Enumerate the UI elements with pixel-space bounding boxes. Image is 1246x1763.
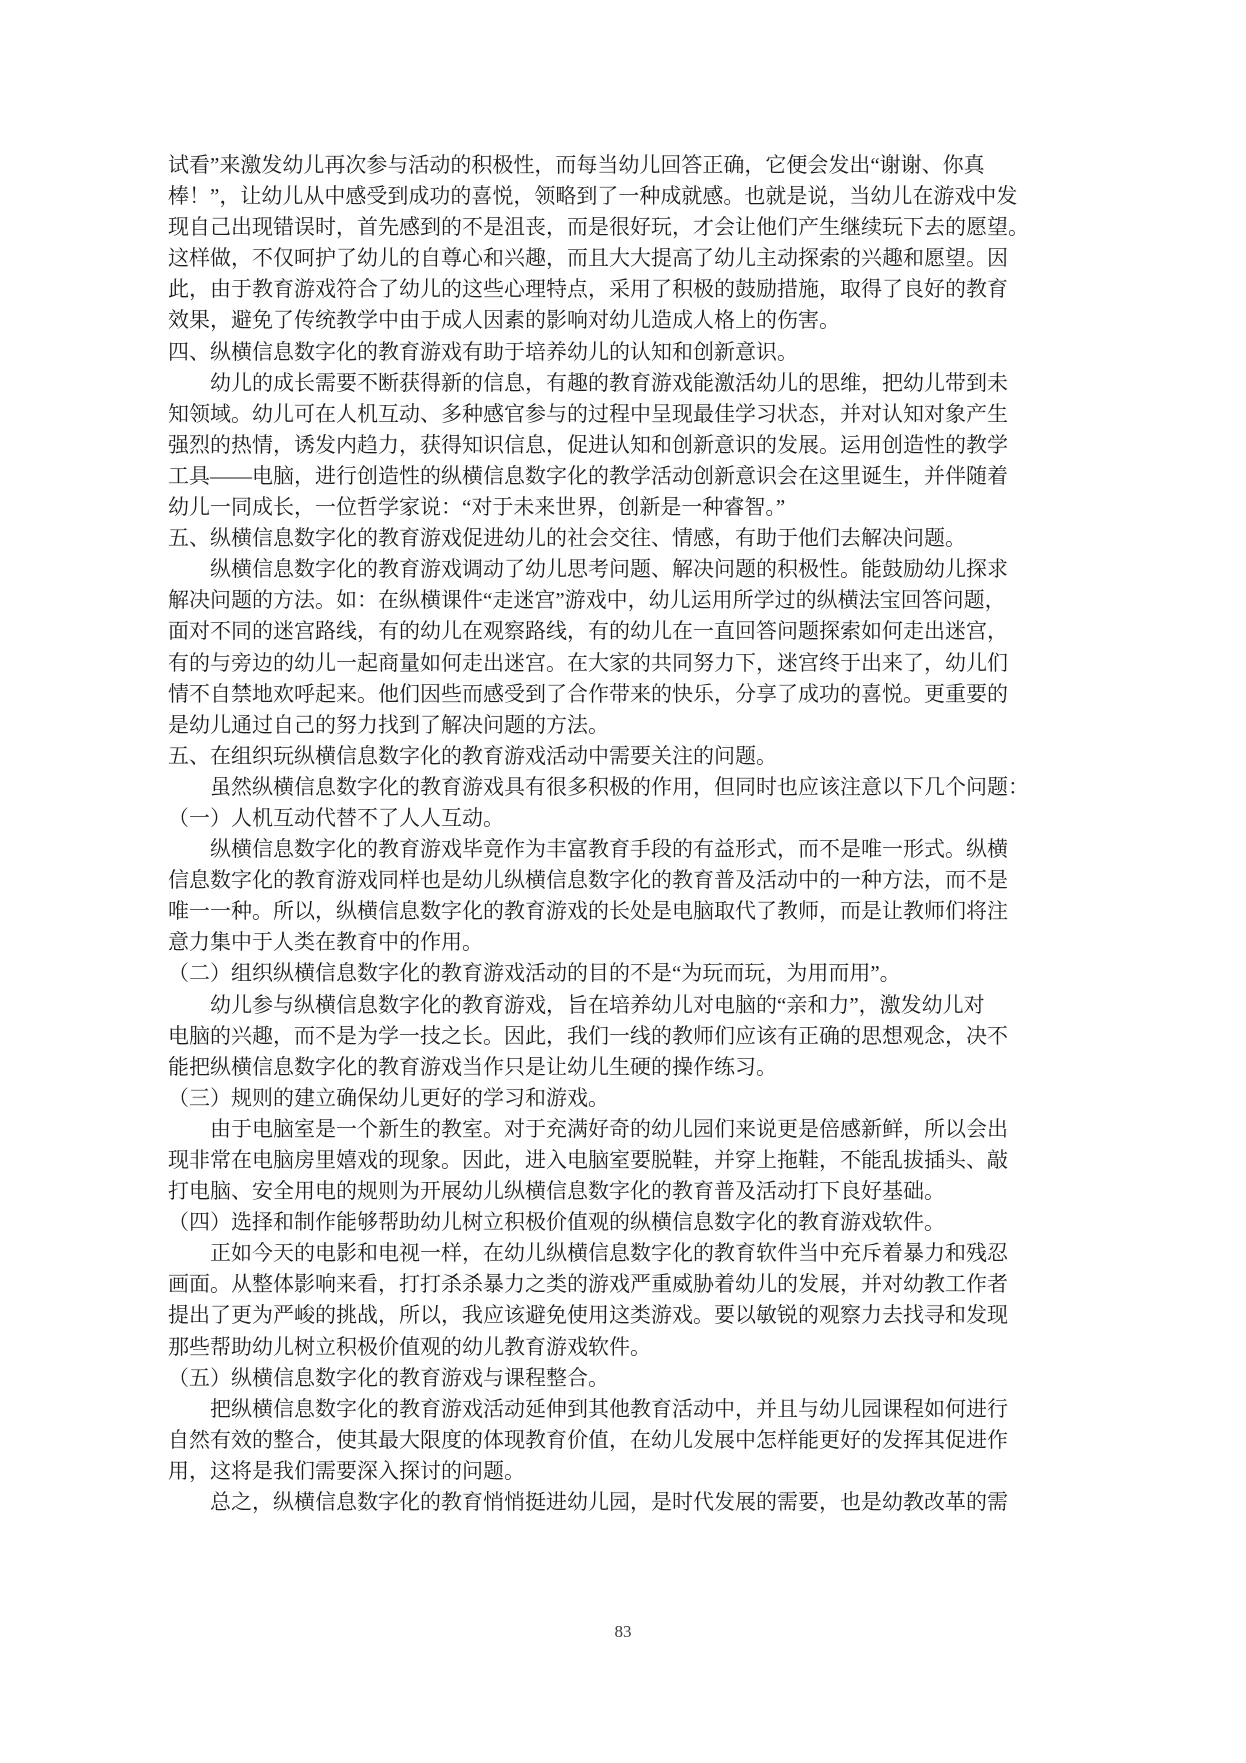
text-line: 知领域。幼儿可在人机互动、多种感官参与的过程中呈现最佳学习状态，并对认知对象产生 (168, 399, 1030, 430)
text-line: 是幼儿通过自己的努力找到了解决问题的方法。 (168, 710, 1030, 741)
text-line: 解决问题的方法。如：在纵横课件“走迷宫”游戏中，幼儿运用所学过的纵横法宝回答问题… (168, 585, 1030, 616)
text-line: 现非常在电脑房里嬉戏的现象。因此，进入电脑室要脱鞋，并穿上拖鞋，不能乱拔插头、敲 (168, 1145, 1030, 1176)
text-line: 工具——电脑，进行创造性的纵横信息数字化的教学活动创新意识会在这里诞生，并伴随着 (168, 461, 1030, 492)
text-line: 此，由于教育游戏符合了幼儿的这些心理特点，采用了积极的鼓励措施，取得了良好的教育 (168, 274, 1030, 305)
text-line: （五）纵横信息数字化的教育游戏与课程整合。 (168, 1363, 1030, 1394)
text-line: 由于电脑室是一个新生的教室。对于充满好奇的幼儿园们来说更是倍感新鲜，所以会出 (168, 1114, 1030, 1145)
text-line: 总之，纵横信息数字化的教育悄悄挺进幼儿园，是时代发展的需要，也是幼教改革的需 (168, 1487, 1030, 1518)
text-line: 有的与旁边的幼儿一起商量如何走出迷宫。在大家的共同努力下，迷宫终于出来了，幼儿们 (168, 648, 1030, 679)
text-line: 幼儿参与纵横信息数字化的教育游戏，旨在培养幼儿对电脑的“亲和力”，激发幼儿对 (168, 990, 1030, 1021)
text-line: 自然有效的整合，使其最大限度的体现教育价值，在幼儿发展中怎样能更好的发挥其促进作 (168, 1425, 1030, 1456)
text-line: 提出了更为严峻的挑战，所以，我应该避免使用这类游戏。要以敏锐的观察力去找寻和发现 (168, 1300, 1030, 1331)
text-line: 试看”来激发幼儿再次参与活动的积极性，而每当幼儿回答正确，它便会发出“谢谢、你真 (168, 150, 1030, 181)
text-line: 意力集中于人类在教育中的作用。 (168, 927, 1030, 958)
text-line: 用，这将是我们需要深入探讨的问题。 (168, 1456, 1030, 1487)
text-line: 情不自禁地欢呼起来。他们因些而感受到了合作带来的快乐，分享了成功的喜悦。更重要的 (168, 679, 1030, 710)
document-text-block: 试看”来激发幼儿再次参与活动的积极性，而每当幼儿回答正确，它便会发出“谢谢、你真… (168, 150, 1030, 1518)
text-line: 画面。从整体影响来看，打打杀杀暴力之类的游戏严重威胁着幼儿的发展，并对幼教工作者 (168, 1269, 1030, 1300)
text-line: 效果，避免了传统教学中由于成人因素的影响对幼儿造成人格上的伤害。 (168, 305, 1030, 336)
text-line: 幼儿一同成长，一位哲学家说：“对于未来世界，创新是一种睿智。” (168, 492, 1030, 523)
text-line: 强烈的热情，诱发内趋力，获得知识信息，促进认知和创新意识的发展。运用创造性的教学 (168, 430, 1030, 461)
page-number: 83 (0, 1622, 1246, 1642)
text-line: （一）人机互动代替不了人人互动。 (168, 803, 1030, 834)
text-line: 四、纵横信息数字化的教育游戏有助于培养幼儿的认知和创新意识。 (168, 337, 1030, 368)
text-line: （二）组织纵横信息数字化的教育游戏活动的目的不是“为玩而玩，为用而用”。 (168, 958, 1030, 989)
text-line: 纵横信息数字化的教育游戏毕竟作为丰富教育手段的有益形式，而不是唯一形式。纵横 (168, 834, 1030, 865)
text-line: 把纵横信息数字化的教育游戏活动延伸到其他教育活动中，并且与幼儿园课程如何进行 (168, 1394, 1030, 1425)
text-line: 五、纵横信息数字化的教育游戏促进幼儿的社会交往、情感，有助于他们去解决问题。 (168, 523, 1030, 554)
text-line: 五、在组织玩纵横信息数字化的教育游戏活动中需要关注的问题。 (168, 741, 1030, 772)
text-line: 唯一一种。所以，纵横信息数字化的教育游戏的长处是电脑取代了教师，而是让教师们将注 (168, 896, 1030, 927)
text-line: 纵横信息数字化的教育游戏调动了幼儿思考问题、解决问题的积极性。能鼓励幼儿探求 (168, 554, 1030, 585)
text-line: 信息数字化的教育游戏同样也是幼儿纵横信息数字化的教育普及活动中的一种方法，而不是 (168, 865, 1030, 896)
text-line: 那些帮助幼儿树立积极价值观的幼儿教育游戏软件。 (168, 1332, 1030, 1363)
text-line: 电脑的兴趣，而不是为学一技之长。因此，我们一线的教师们应该有正确的思想观念，决不 (168, 1021, 1030, 1052)
text-line: 幼儿的成长需要不断获得新的信息，有趣的教育游戏能激活幼儿的思维，把幼儿带到未 (168, 368, 1030, 399)
text-line: （三）规则的建立确保幼儿更好的学习和游戏。 (168, 1083, 1030, 1114)
text-line: 虽然纵横信息数字化的教育游戏具有很多积极的作用，但同时也应该注意以下几个问题： (168, 772, 1030, 803)
text-line: 棒！”，让幼儿从中感受到成功的喜悦，领略到了一种成就感。也就是说，当幼儿在游戏中… (168, 181, 1030, 212)
text-line: 打电脑、安全用电的规则为开展幼儿纵横信息数字化的教育普及活动打下良好基础。 (168, 1176, 1030, 1207)
text-line: 能把纵横信息数字化的教育游戏当作只是让幼儿生硬的操作练习。 (168, 1052, 1030, 1083)
text-line: 这样做，不仅呵护了幼儿的自尊心和兴趣，而且大大提高了幼儿主动探索的兴趣和愿望。因 (168, 243, 1030, 274)
text-line: 面对不同的迷宫路线，有的幼儿在观察路线，有的幼儿在一直回答问题探索如何走出迷宫， (168, 616, 1030, 647)
text-line: 正如今天的电影和电视一样，在幼儿纵横信息数字化的教育软件当中充斥着暴力和残忍 (168, 1238, 1030, 1269)
text-line: （四）选择和制作能够帮助幼儿树立积极价值观的纵横信息数字化的教育游戏软件。 (168, 1207, 1030, 1238)
document-page: 试看”来激发幼儿再次参与活动的积极性，而每当幼儿回答正确，它便会发出“谢谢、你真… (0, 0, 1246, 1763)
text-line: 现自己出现错误时，首先感到的不是沮丧，而是很好玩，才会让他们产生继续玩下去的愿望… (168, 212, 1030, 243)
